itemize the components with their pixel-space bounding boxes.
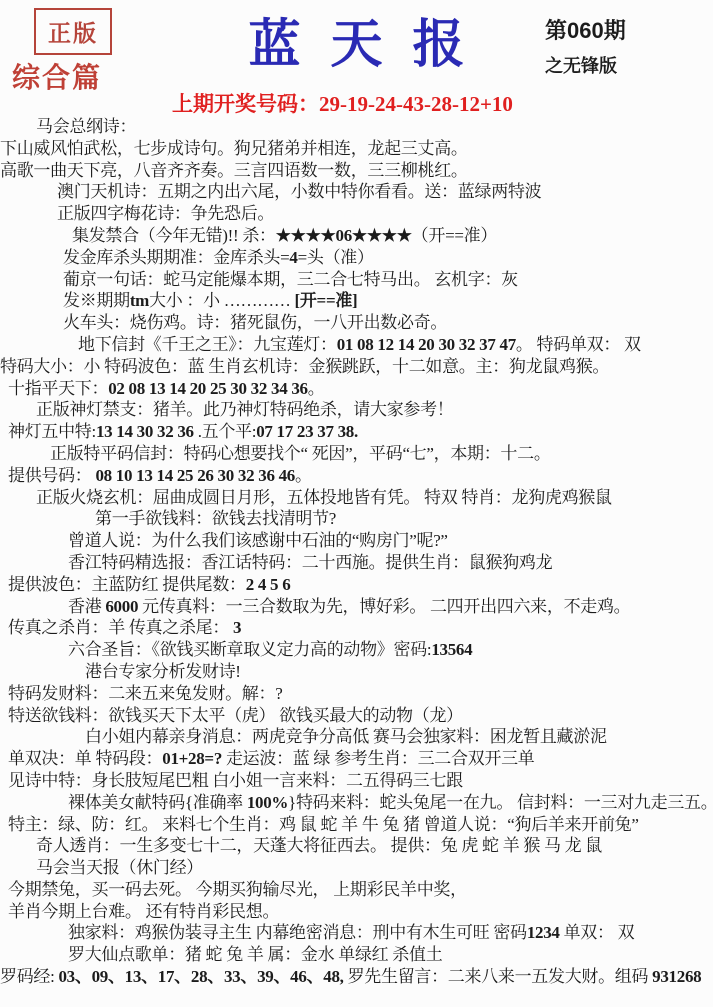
line-text: 罗先生留言：二来八来一五发大财。组码 bbox=[344, 967, 653, 986]
text-line: 正版特平码信封：特码心想要找个“ 死因”，平码“七”，本期：十二。 bbox=[0, 443, 713, 465]
line-text: 单双： 双 bbox=[560, 923, 635, 942]
tips-body: 马会总纲诗：下山威风怕武松，七步成诗句。狗兄猪弟并相连，龙起三丈高。高歌一曲天下… bbox=[0, 116, 713, 988]
text-line: 香港 6000 元传真料：一三合数取为先，博好彩。 二四开出四六来，不走鸡。 bbox=[0, 596, 713, 618]
text-line: 港台专家分析发财诗! bbox=[0, 661, 713, 683]
highlighted-numbers: 08 10 13 14 25 26 30 32 36 46 bbox=[95, 466, 295, 485]
text-line: 白小姐内幕亲身消息：两虎竞争分高低 赛马会独家料：困龙暂且藏淤泥 bbox=[0, 726, 713, 748]
text-line: 正版神灯禁支：猪羊。此乃神灯特码绝杀，请大家参考！ bbox=[0, 399, 713, 421]
lottery-tip-sheet: 正版 蓝天报 第060期 之无锋版 综合篇 上期开奖号码：29-19-24-43… bbox=[0, 0, 713, 1007]
line-text: 罗大仙点歌单：猪 蛇 兔 羊 属：金水 单绿红 杀值土 bbox=[68, 945, 442, 964]
text-line: 地下信封《千王之王》：九宝莲灯：01 08 12 14 20 30 32 37 … bbox=[0, 334, 713, 356]
text-line: 罗码经: 03、09、13、17、28、33、39、46、48, 罗先生留言：二… bbox=[0, 966, 713, 988]
line-text: 正版神灯禁支：猪羊。此乃神灯特码绝杀，请大家参考！ bbox=[36, 400, 454, 419]
text-line: 特码大小：小 特码波色：蓝 生肖玄机诗：金猴跳跃，十二如意。主：狗龙鼠鸡猴。 bbox=[0, 356, 713, 378]
text-line: 火车头：烧伤鸡。诗：猪死鼠伤，一八开出数必奇。 bbox=[0, 312, 713, 334]
line-text: }特码来料：蛇头兔尾一在九。 信封料：一三对九走三五。 bbox=[288, 793, 713, 812]
line-text: 第一手欲钱料：欲钱去找清明节? bbox=[95, 509, 336, 528]
line-text: 正版四字梅花诗：争先恐后。 bbox=[57, 204, 274, 223]
line-text: 见诗中特：身长肢短尾巴粗 白小姐一言来料：二五得码三七跟 bbox=[8, 771, 463, 790]
text-line: 六合圣旨：《欲钱买断章取义定力高的动物》密码:13564 bbox=[0, 639, 713, 661]
text-line: 下山威风怕武松，七步成诗句。狗兄猪弟并相连，龙起三丈高。 bbox=[0, 138, 713, 160]
text-line: 独家料：鸡猴伪装寻主生 内幕绝密消息：刑中有木生可旺 密码1234 单双： 双 bbox=[0, 922, 713, 944]
line-text: 传真之杀肖：羊 传真之杀尾： bbox=[8, 618, 229, 637]
text-line: 传真之杀肖：羊 传真之杀尾： 3 bbox=[0, 617, 713, 639]
text-line: 香江特码精选报：香江话特码：二十西施。提供生肖：鼠猴狗鸡龙 bbox=[0, 552, 713, 574]
text-line: 澳门天机诗：五期之内出六尾，小数中特你看看。送：蓝绿两特波 bbox=[0, 181, 713, 203]
line-text: 发※期期 bbox=[63, 291, 130, 310]
text-line: 正版火烧玄机：屈曲成圆日月形，五体投地皆有凭。 特双 特肖：龙狗虎鸡猴鼠 bbox=[0, 487, 713, 509]
line-text: 香江特码精选报：香江话特码：二十西施。提供生肖：鼠猴狗鸡龙 bbox=[68, 553, 552, 572]
line-text: 十指平天下： bbox=[8, 379, 108, 398]
line-text: 曾道人说：为什么我们该感谢中石油的“购房门”呢?” bbox=[68, 531, 448, 550]
text-line: 罗大仙点歌单：猪 蛇 兔 羊 属：金水 单绿红 杀值土 bbox=[0, 944, 713, 966]
line-text: 走运波：蓝 绿 参考生肖：三二合双开三单 bbox=[222, 749, 534, 768]
text-line: 奇人透肖：一生多变七十二，天蓬大将征西去。 提供：兔 虎 蛇 羊 猴 马 龙 鼠 bbox=[0, 835, 713, 857]
line-text: 提供波色：主蓝防红 提供尾数： bbox=[8, 575, 246, 594]
line-text: 罗码经: bbox=[0, 967, 58, 986]
line-text: 特码大小：小 特码波色：蓝 生肖玄机诗：金猴跳跃，十二如意。主：狗龙鼠鸡猴。 bbox=[0, 357, 609, 376]
text-line: 今期禁兔，买一码去死。 今期买狗输尽光， 上期彩民羊中奖， bbox=[0, 879, 713, 901]
line-text: 单双决：单 特码段： bbox=[8, 749, 162, 768]
line-text: =头（准） bbox=[298, 248, 374, 267]
highlighted-numbers: 931268 bbox=[652, 967, 701, 986]
text-line: 发※期期tm大小 ：小 ………… [开==准] bbox=[0, 290, 713, 312]
line-text: 香港 bbox=[68, 597, 105, 616]
text-line: 提供波色：主蓝防红 提供尾数：2 4 5 6 bbox=[0, 574, 713, 596]
line-text: 下山威风怕武松，七步成诗句。狗兄猪弟并相连，龙起三丈高。 bbox=[0, 139, 468, 158]
text-line: 曾道人说：为什么我们该感谢中石油的“购房门”呢?” bbox=[0, 530, 713, 552]
highlighted-numbers: [开==准] bbox=[295, 291, 358, 310]
line-text: 六合圣旨：《欲钱买断章取义定力高的动物》密码: bbox=[68, 640, 431, 659]
highlighted-numbers: 07 17 23 37 38. bbox=[256, 422, 358, 441]
edition-label: 之无锋版 bbox=[545, 52, 626, 78]
line-text: 正版火烧玄机：屈曲成圆日月形，五体投地皆有凭。 特双 特肖：龙狗虎鸡猴鼠 bbox=[36, 488, 612, 507]
text-line: 马会总纲诗： bbox=[0, 116, 713, 138]
line-text: 高歌一曲天下亮，八音齐齐奏。三言四语数一数，三三柳桃红。 bbox=[0, 161, 468, 180]
line-text: 澳门天机诗：五期之内出六尾，小数中特你看看。送：蓝绿两特波 bbox=[57, 182, 541, 201]
highlighted-numbers: tm bbox=[130, 291, 149, 310]
text-line: 羊肖今期上台难。 还有特肖彩民想。 bbox=[0, 901, 713, 923]
highlighted-numbers: 4 bbox=[289, 248, 297, 267]
highlighted-numbers: 03、09、13、17、28、33、39、46、48, bbox=[58, 967, 343, 986]
section-title: 综合篇 bbox=[12, 56, 102, 96]
line-text: 裸体美女献特码{准确率 bbox=[68, 793, 247, 812]
text-line: 单双决：单 特码段：01+28=? 走运波：蓝 绿 参考生肖：三二合双开三单 bbox=[0, 748, 713, 770]
line-text: 。 bbox=[308, 379, 325, 398]
highlighted-numbers: 6000 bbox=[105, 597, 138, 616]
highlighted-numbers: 1234 bbox=[527, 923, 560, 942]
page-header: 正版 蓝天报 第060期 之无锋版 综合篇 上期开奖号码：29-19-24-43… bbox=[0, 0, 713, 116]
line-text: 今期禁兔，买一码去死。 今期买狗输尽光， 上期彩民羊中奖， bbox=[8, 880, 467, 899]
text-line: 特码发财料：二来五来兔发财。解：? bbox=[0, 683, 713, 705]
highlighted-numbers: 02 08 13 14 20 25 30 32 34 36 bbox=[108, 379, 308, 398]
text-line: 神灯五中特:13 14 30 32 36 .五个平:07 17 23 37 38… bbox=[0, 421, 713, 443]
text-line: 集发禁合（今年无错)!! 杀：★★★★06★★★★（开==准） bbox=[0, 225, 713, 247]
text-line: 特送欲钱料：欲钱买天下太平（虎） 欲钱买最大的动物（龙） bbox=[0, 705, 713, 727]
text-line: 提供号码： 08 10 13 14 25 26 30 32 36 46。 bbox=[0, 465, 713, 487]
line-text: 特主：绿、防：红。 来料七个生肖：鸡 鼠 蛇 羊 牛 兔 猪 曾道人说：“狗后羊… bbox=[8, 815, 639, 834]
text-line: 马会当天报（休门经） bbox=[0, 857, 713, 879]
text-line: 葡京一句话：蛇马定能爆本期，三二合七特马出。 玄机字：灰 bbox=[0, 269, 713, 291]
previous-draw-numbers: 上期开奖号码：29-19-24-43-28-12+10 bbox=[172, 88, 513, 118]
highlighted-numbers: 01 08 12 14 20 30 32 37 47 bbox=[337, 335, 516, 354]
line-text: 羊肖今期上台难。 还有特肖彩民想。 bbox=[8, 902, 279, 921]
line-text: 白小姐内幕亲身消息：两虎竞争分高低 赛马会独家料：困龙暂且藏淤泥 bbox=[85, 727, 607, 746]
line-text: （开==准） bbox=[412, 226, 497, 245]
highlighted-numbers: 13 14 30 32 36 bbox=[96, 422, 194, 441]
highlighted-numbers: 3 bbox=[229, 618, 241, 637]
text-line: 正版四字梅花诗：争先恐后。 bbox=[0, 203, 713, 225]
line-text: 葡京一句话：蛇马定能爆本期，三二合七特马出。 玄机字：灰 bbox=[63, 270, 518, 289]
line-text: 马会当天报（休门经） bbox=[36, 858, 203, 877]
line-text: 马会总纲诗： bbox=[36, 117, 136, 136]
highlighted-numbers: 01+28=? bbox=[162, 749, 222, 768]
line-text: 正版特平码信封：特码心想要找个“ 死因”，平码“七”，本期：十二。 bbox=[50, 444, 551, 463]
line-text: 特码发财料：二来五来兔发财。解：? bbox=[8, 684, 282, 703]
text-line: 裸体美女献特码{准确率 100%}特码来料：蛇头兔尾一在九。 信封料：一三对九走… bbox=[0, 792, 713, 814]
line-text: 神灯五中特: bbox=[8, 422, 96, 441]
line-text: 。 特码单双： 双 bbox=[516, 335, 641, 354]
text-line: 发金库杀头期期准：金库杀头=4=头（准） bbox=[0, 247, 713, 269]
line-text: 元传真料：一三合数取为先，博好彩。 二四开出四六来，不走鸡。 bbox=[138, 597, 630, 616]
line-text: .五个平: bbox=[194, 422, 256, 441]
line-text: 特送欲钱料：欲钱买天下太平（虎） 欲钱买最大的动物（龙） bbox=[8, 706, 463, 725]
issue-block: 第060期 之无锋版 bbox=[545, 14, 626, 78]
highlighted-numbers: 13564 bbox=[431, 640, 472, 659]
highlighted-numbers: 100% bbox=[247, 793, 288, 812]
issue-number: 第060期 bbox=[545, 14, 626, 45]
line-text: 发金库杀头期期准：金库杀头= bbox=[63, 248, 289, 267]
highlighted-numbers: ★★★★06★★★★ bbox=[276, 226, 412, 245]
line-text: 奇人透肖：一生多变七十二，天蓬大将征西去。 提供：兔 虎 蛇 羊 猴 马 龙 鼠 bbox=[36, 836, 602, 855]
text-line: 十指平天下：02 08 13 14 20 25 30 32 34 36。 bbox=[0, 378, 713, 400]
text-line: 特主：绿、防：红。 来料七个生肖：鸡 鼠 蛇 羊 牛 兔 猪 曾道人说：“狗后羊… bbox=[0, 814, 713, 836]
text-line: 第一手欲钱料：欲钱去找清明节? bbox=[0, 508, 713, 530]
text-line: 高歌一曲天下亮，八音齐齐奏。三言四语数一数，三三柳桃红。 bbox=[0, 160, 713, 182]
text-line: 见诗中特：身长肢短尾巴粗 白小姐一言来料：二五得码三七跟 bbox=[0, 770, 713, 792]
line-text: 大小 ：小 ………… bbox=[149, 291, 294, 310]
line-text: 独家料：鸡猴伪装寻主生 内幕绝密消息：刑中有木生可旺 密码 bbox=[68, 923, 527, 942]
line-text: 。 bbox=[295, 466, 312, 485]
line-text: 港台专家分析发财诗! bbox=[85, 662, 241, 681]
highlighted-numbers: 2 4 5 6 bbox=[246, 575, 291, 594]
line-text: 地下信封《千王之王》：九宝莲灯： bbox=[78, 335, 337, 354]
line-text: 集发禁合（今年无错)!! 杀： bbox=[72, 226, 276, 245]
line-text: 提供号码： bbox=[8, 466, 95, 485]
line-text: 火车头：烧伤鸡。诗：猪死鼠伤，一八开出数必奇。 bbox=[63, 313, 447, 332]
